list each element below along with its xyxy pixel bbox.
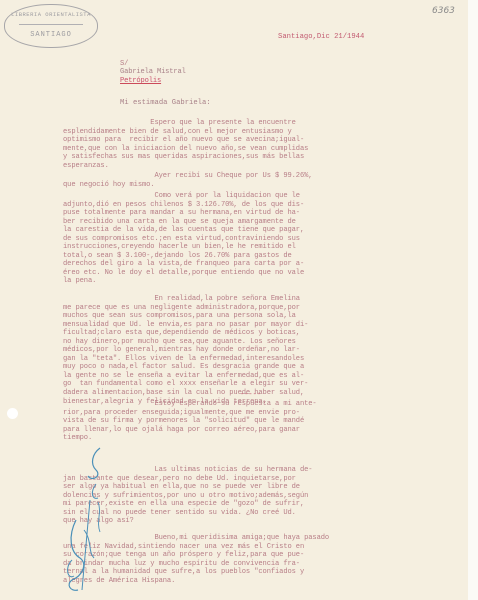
handwritten-annotation-icon xyxy=(62,440,112,600)
text-line: de sus compromisos etc.;en esta virtud,c… xyxy=(63,235,463,244)
text-line: ser algo ya habitual en ella,que no se p… xyxy=(63,483,463,492)
text-line: Estoy esperando su respuesta a mi ante- xyxy=(63,400,463,409)
text-line: que hay algo así? xyxy=(63,517,463,526)
paragraph-1: Espero que la presente la encuentre espl… xyxy=(63,119,463,170)
text-line: da brindar mucha luz y mucho espíritu de… xyxy=(63,560,463,569)
text-line: esperanzas. xyxy=(63,162,463,171)
paragraph-4: En realidad,la pobre señora Emelina me p… xyxy=(63,295,463,406)
text-line: instrucciones,creyendo hacerle un bien,l… xyxy=(63,243,463,252)
text-line: mensualidad que Ud. le envia,es para no … xyxy=(63,321,463,330)
text-line: éreo etc. No le doy el detalle,porque en… xyxy=(63,269,463,278)
date-line: Santiago,Dic 21/1944 xyxy=(278,33,364,41)
text-line: gan la "teta". Ellos viven de la enferme… xyxy=(63,355,463,364)
recipient-city: Petrópolis xyxy=(120,77,161,86)
stamp-divider xyxy=(19,24,83,25)
text-line: no hay dinero,por mucho que sea,que agua… xyxy=(63,338,463,347)
text-line: la pena. xyxy=(63,277,463,286)
text-line: jan bastante que desear,pero no debe Ud.… xyxy=(63,475,463,484)
recipient-name: Gabriela Mistral xyxy=(120,68,186,77)
text-line: rior,para proceder enseguida;igualmente,… xyxy=(63,409,463,418)
text-line: ficultad;claro esta que,dependiendo de m… xyxy=(63,329,463,338)
text-line: Las ultimas noticias de su hermana de- xyxy=(63,466,463,475)
text-line: adjunto,dió en pesos chilenos $ 3.126.70… xyxy=(63,201,463,210)
archive-number: 6363 xyxy=(432,6,455,16)
text-line: su corazón;que tenga un año próspero y f… xyxy=(63,551,463,560)
text-line: muchos que sean sus compromisos,para una… xyxy=(63,312,463,321)
text-line: la carestia de la vida,de las cuentas qu… xyxy=(63,226,463,235)
text-line: go tan fundamental como el xxxx enseñarl… xyxy=(63,380,463,389)
text-line: derechos del giro a la vista,de franqueo… xyxy=(63,260,463,269)
text-line: mi parecer,existe en ella una especie de… xyxy=(63,500,463,509)
text-line: y satisfechas sus mas queridas aspiracio… xyxy=(63,153,463,162)
section-separator: ----- xyxy=(240,391,261,399)
text-line: puse totalmente para mandar a su hermana… xyxy=(63,209,463,218)
paragraph-6: Las ultimas noticias de su hermana de- j… xyxy=(63,466,463,526)
text-line: médicos,por lo general,mientras hay dond… xyxy=(63,346,463,355)
text-line: sin el cual no puede tener sentido su vi… xyxy=(63,509,463,518)
paragraph-3: Como verá por la liquidacion que le adju… xyxy=(63,192,463,286)
letter-page: LIBRERIA ORIENTALISTA SANTIAGO 6363 Sant… xyxy=(0,0,468,600)
text-line: para llenar,lo que ojalá haga por correo… xyxy=(63,426,463,435)
salutation: Mi estimada Gabriela: xyxy=(120,99,211,107)
text-line: ber recibido una carta en la que se quej… xyxy=(63,218,463,227)
text-line: vista de su firma y pormenores la "solic… xyxy=(63,417,463,426)
text-line: alegres de América Hispana. xyxy=(63,577,463,586)
text-line: Ayer recibí su Cheque por Us $ 99.26%, xyxy=(63,172,463,181)
text-line: dolencias y sufrimientos,por uno u otro … xyxy=(63,492,463,501)
text-line: dadera alimentacion,base sin la cual no … xyxy=(63,389,463,398)
text-line: En realidad,la pobre señora Emelina xyxy=(63,295,463,304)
text-line: optimismo para recibir el año nuevo que … xyxy=(63,136,463,145)
bookstore-stamp: LIBRERIA ORIENTALISTA SANTIAGO xyxy=(4,4,98,48)
text-line: ternal a la humanidad que sufre,a los pu… xyxy=(63,568,463,577)
stamp-top-text: LIBRERIA ORIENTALISTA xyxy=(5,11,97,18)
scan-edge xyxy=(468,0,478,600)
text-line: Como verá por la liquidacion que le xyxy=(63,192,463,201)
text-line: Espero que la presente la encuentre xyxy=(63,119,463,128)
text-line: Bueno,mi queridisima amiga;que haya pasa… xyxy=(63,534,463,543)
text-line: total,o sean $ 3.100-,dejando los 26.70%… xyxy=(63,252,463,261)
text-line: muy poco o nada,el factor salud. Es desg… xyxy=(63,363,463,372)
text-line: me parece que es una negligente administ… xyxy=(63,304,463,313)
text-line: tiempo. xyxy=(63,434,463,443)
text-line: esplendidamente bien de salud,con el mej… xyxy=(63,128,463,137)
text-line: una feliz Navidad,sintiendo nacer una ve… xyxy=(63,543,463,552)
text-line: la gente no se le enseña a evitar la enf… xyxy=(63,372,463,381)
paragraph-5: Estoy esperando su respuesta a mi ante- … xyxy=(63,400,463,443)
text-line: que negoció hoy mismo. xyxy=(63,181,463,190)
stamp-bottom-text: SANTIAGO xyxy=(5,31,97,39)
punch-hole xyxy=(7,408,18,419)
paragraph-2: Ayer recibí su Cheque por Us $ 99.26%, q… xyxy=(63,172,463,189)
text-line: mente,que con la iniciacion del nuevo añ… xyxy=(63,145,463,154)
paragraph-7: Bueno,mi queridisima amiga;que haya pasa… xyxy=(63,534,463,585)
